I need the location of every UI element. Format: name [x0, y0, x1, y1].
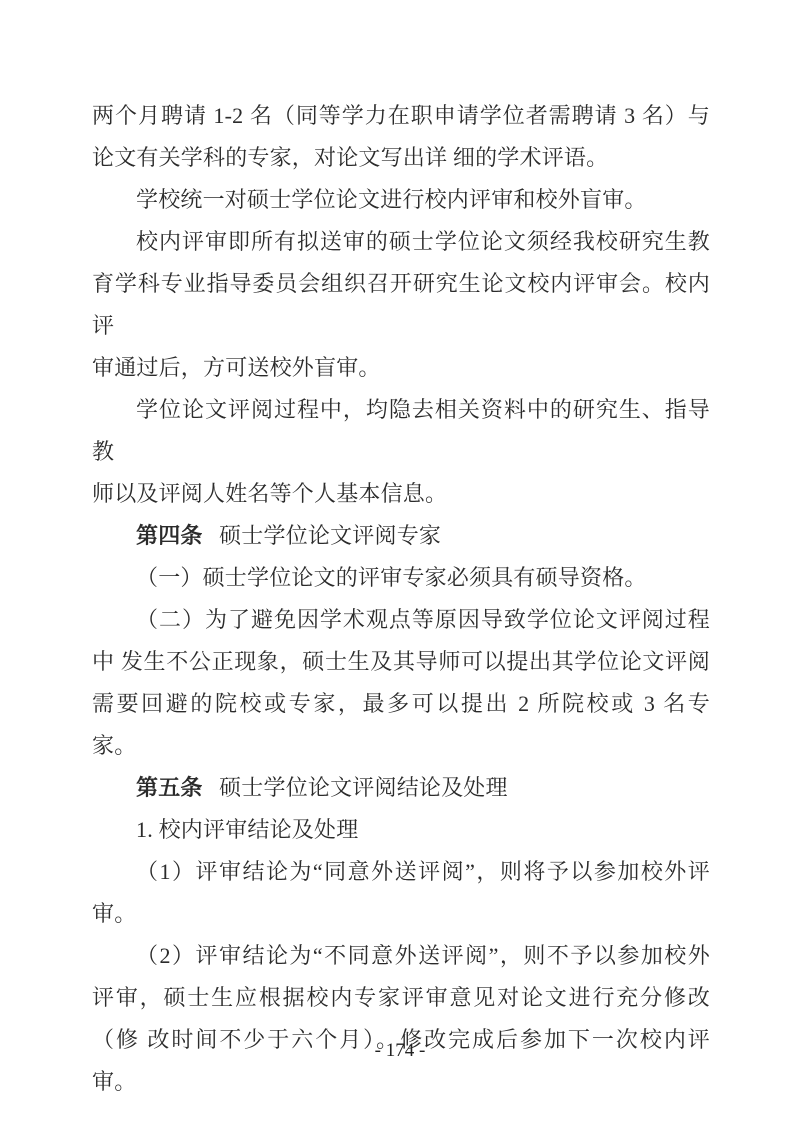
paragraph: 校内评审即所有拟送审的硕士学位论文须经我校研究生教 育学科专业指导委员会组织召开… — [92, 221, 710, 389]
text-line: 学校统一对硕士学位论文进行校内评审和校外盲审。 — [92, 179, 710, 221]
text-line: 两个月聘请 1-2 名（同等学力在职申请学位者需聘请 3 名）与 — [92, 95, 710, 137]
text-line: 家。 — [92, 725, 710, 767]
text-line: 校内评审即所有拟送审的硕士学位论文须经我校研究生教 — [92, 221, 710, 263]
text-line: （一）硕士学位论文的评审专家必须具有硕导资格。 — [92, 557, 710, 599]
text-line: 育学科专业指导委员会组织召开研究生论文校内评审会。校内评 — [92, 263, 710, 347]
article-heading-4: 第四条硕士学位论文评阅专家 — [92, 515, 710, 557]
paragraph: （2）评审结论为“不同意外送评阅”，则不予以参加校外 评审，硕士生应根据校内专家… — [92, 935, 710, 1103]
paragraph: 学位论文评阅过程中，均隐去相关资料中的研究生、指导教 师以及评阅人姓名等个人基本… — [92, 389, 710, 515]
paragraph: （1）评审结论为“同意外送评阅”，则将予以参加校外评 审。 — [92, 851, 710, 935]
text-line: （二）为了避免因学术观点等原因导致学位论文评阅过程 — [92, 599, 710, 641]
paragraph: 1. 校内评审结论及处理 — [92, 809, 710, 851]
text-line: 论文有关学科的专家，对论文写出详 细的学术评语。 — [92, 137, 710, 179]
text-line: 需要回避的院校或专家，最多可以提出 2 所院校或 3 名专 — [92, 683, 710, 725]
article-heading-5: 第五条硕士学位论文评阅结论及处理 — [92, 767, 710, 809]
page-number: - 174 - — [0, 1038, 800, 1064]
text-line: 评审，硕士生应根据校内专家评审意见对论文进行充分修改 — [92, 977, 710, 1019]
article-number: 第五条 — [136, 775, 203, 800]
article-number: 第四条 — [136, 523, 203, 548]
paragraph: （二）为了避免因学术观点等原因导致学位论文评阅过程 中 发生不公正现象，硕士生及… — [92, 599, 710, 767]
article-title: 硕士学位论文评阅专家 — [219, 523, 441, 548]
paragraph: （一）硕士学位论文的评审专家必须具有硕导资格。 — [92, 557, 710, 599]
text-line: 审。 — [92, 1061, 710, 1103]
text-line: 中 发生不公正现象，硕士生及其导师可以提出其学位论文评阅 — [92, 641, 710, 683]
text-line: （1）评审结论为“同意外送评阅”，则将予以参加校外评 — [92, 851, 710, 893]
text-line: 1. 校内评审结论及处理 — [92, 809, 710, 851]
text-line: （2）评审结论为“不同意外送评阅”，则不予以参加校外 — [92, 935, 710, 977]
document-body: 两个月聘请 1-2 名（同等学力在职申请学位者需聘请 3 名）与 论文有关学科的… — [92, 95, 710, 1103]
text-line: 审通过后，方可送校外盲审。 — [92, 347, 710, 389]
text-line: 第四条硕士学位论文评阅专家 — [92, 515, 710, 557]
paragraph: 学校统一对硕士学位论文进行校内评审和校外盲审。 — [92, 179, 710, 221]
document-page: 两个月聘请 1-2 名（同等学力在职申请学位者需聘请 3 名）与 论文有关学科的… — [0, 0, 800, 1131]
text-line: 第五条硕士学位论文评阅结论及处理 — [92, 767, 710, 809]
text-line: 学位论文评阅过程中，均隐去相关资料中的研究生、指导教 — [92, 389, 710, 473]
text-line: 审。 — [92, 893, 710, 935]
text-line: 师以及评阅人姓名等个人基本信息。 — [92, 473, 710, 515]
paragraph: 两个月聘请 1-2 名（同等学力在职申请学位者需聘请 3 名）与 论文有关学科的… — [92, 95, 710, 179]
article-title: 硕士学位论文评阅结论及处理 — [219, 775, 508, 800]
